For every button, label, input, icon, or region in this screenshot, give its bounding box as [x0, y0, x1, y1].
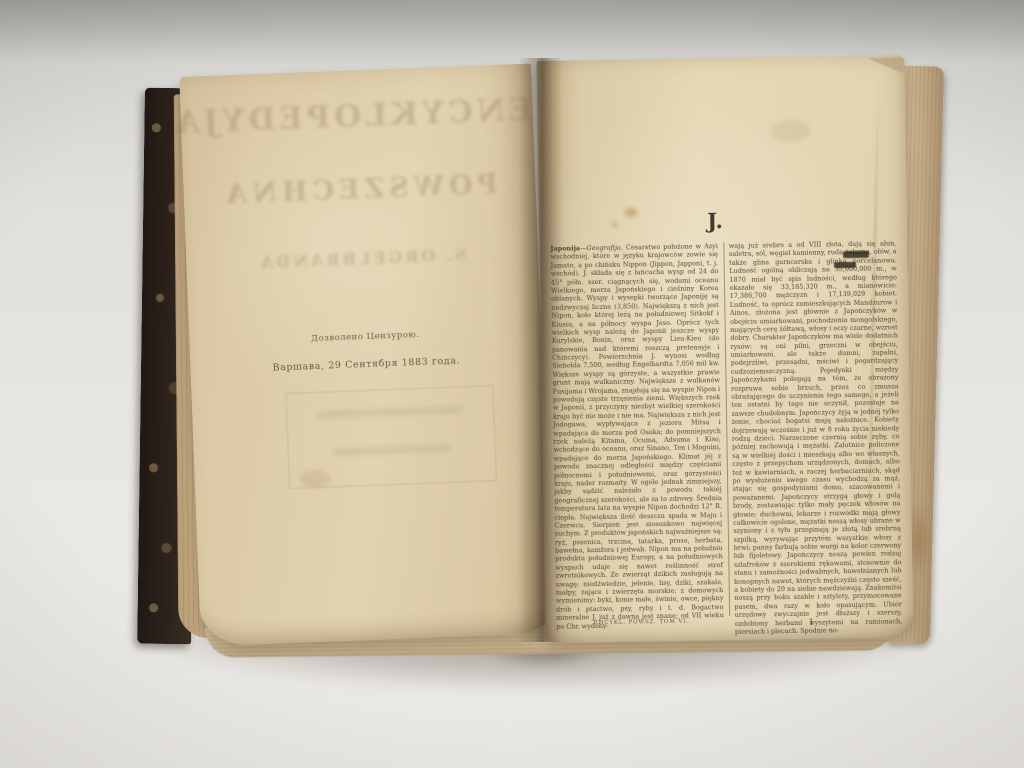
photo-vignette	[0, 0, 1024, 768]
photo-of-open-book: ENCYKLOPEDYJA POWSZECHNA S. ORGELBRANDA …	[0, 0, 1024, 768]
